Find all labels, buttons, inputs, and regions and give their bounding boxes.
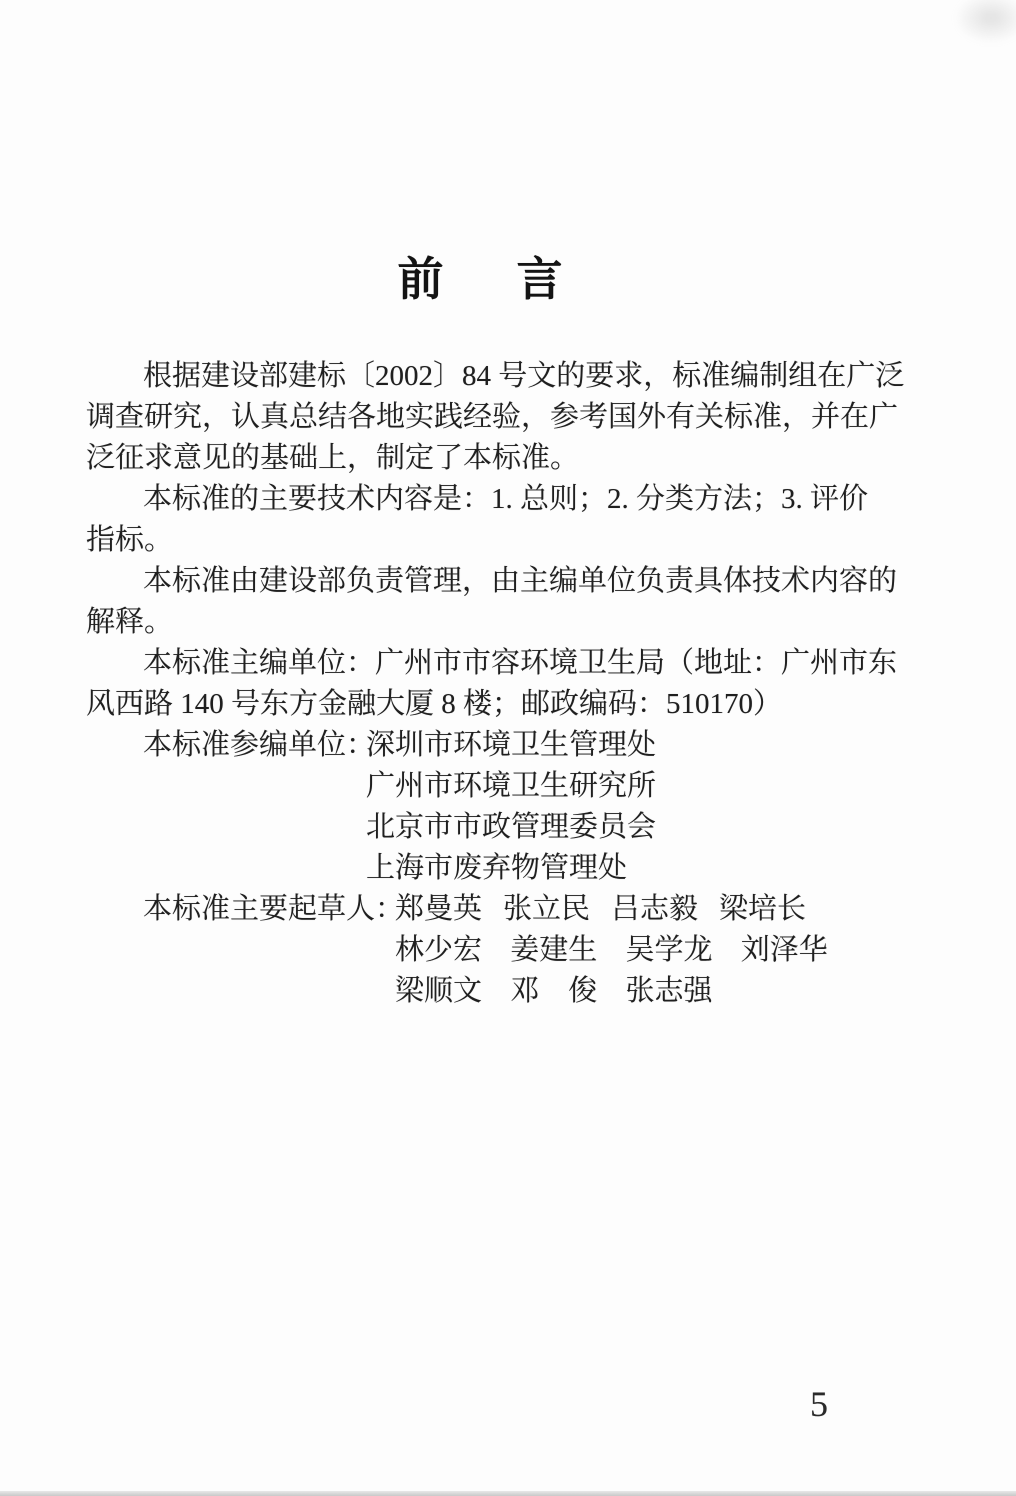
co-editors-row: 本标准参编单位： 深圳市环境卫生管理处 xyxy=(86,725,1016,766)
drafter-name: 吴学龙 xyxy=(626,930,734,971)
co-editor-unit: 上海市废弃物管理处 xyxy=(86,848,1016,889)
chief-editor-line: 风西路 140 号东方金融大厦 8 楼；邮政编码：510170） xyxy=(86,684,1016,725)
page-title-text: 前言 xyxy=(398,254,636,305)
paragraph-line: 根据建设部建标〔2002〕84 号文的要求，标准编制组在广泛 xyxy=(86,356,1016,397)
drafters-row: 林少宏 姜建生 吴学龙 刘泽华 xyxy=(86,930,1016,971)
drafter-name: 刘泽华 xyxy=(741,930,849,971)
page-number: 5 xyxy=(810,1383,828,1425)
drafter-name: 邓 俊 xyxy=(510,971,618,1012)
drafter-name: 张立民 xyxy=(503,889,611,930)
drafter-name: 林少宏 xyxy=(395,930,503,971)
drafter-name: 姜建生 xyxy=(510,930,618,971)
scan-edge-shadow xyxy=(0,1491,1016,1496)
paragraph-line: 解释。 xyxy=(86,602,1016,643)
paragraph-line: 本标准的主要技术内容是：1. 总则；2. 分类方法；3. 评价 xyxy=(86,479,1016,520)
drafter-name: 郑曼英 xyxy=(395,889,503,930)
drafter-name: 梁培长 xyxy=(719,889,827,930)
co-editor-unit: 北京市市政管理委员会 xyxy=(86,807,1016,848)
paragraph-line: 本标准由建设部负责管理，由主编单位负责具体技术内容的 xyxy=(86,561,1016,602)
drafter-name: 梁顺文 xyxy=(395,971,503,1012)
paragraph-line: 调查研究，认真总结各地实践经验，参考国外有关标准，并在广 xyxy=(86,397,1016,438)
drafter-name: 张志强 xyxy=(626,971,734,1012)
page-title: 前言 xyxy=(0,243,1016,309)
drafters-row: 梁顺文 邓 俊 张志强 xyxy=(86,971,1016,1012)
co-editor-unit: 深圳市环境卫生管理处 xyxy=(366,725,656,766)
paragraph-line: 泛征求意见的基础上，制定了本标准。 xyxy=(86,438,1016,479)
drafter-name: 吕志毅 xyxy=(611,889,719,930)
document-page: 前言 根据建设部建标〔2002〕84 号文的要求，标准编制组在广泛 调查研究，认… xyxy=(0,0,1016,1496)
drafters-row: 本标准主要起草人： 郑曼英 张立民 吕志毅 梁培长 xyxy=(86,889,1016,930)
co-editors-label: 本标准参编单位： xyxy=(86,725,366,766)
paragraph-line: 指标。 xyxy=(86,520,1016,561)
document-body: 根据建设部建标〔2002〕84 号文的要求，标准编制组在广泛 调查研究，认真总结… xyxy=(0,356,1016,1012)
co-editor-unit: 广州市环境卫生研究所 xyxy=(86,766,1016,807)
chief-editor-line: 本标准主编单位：广州市市容环境卫生局（地址：广州市东 xyxy=(86,643,1016,684)
scan-smudge xyxy=(954,0,1016,44)
drafters-label: 本标准主要起草人： xyxy=(86,889,395,930)
